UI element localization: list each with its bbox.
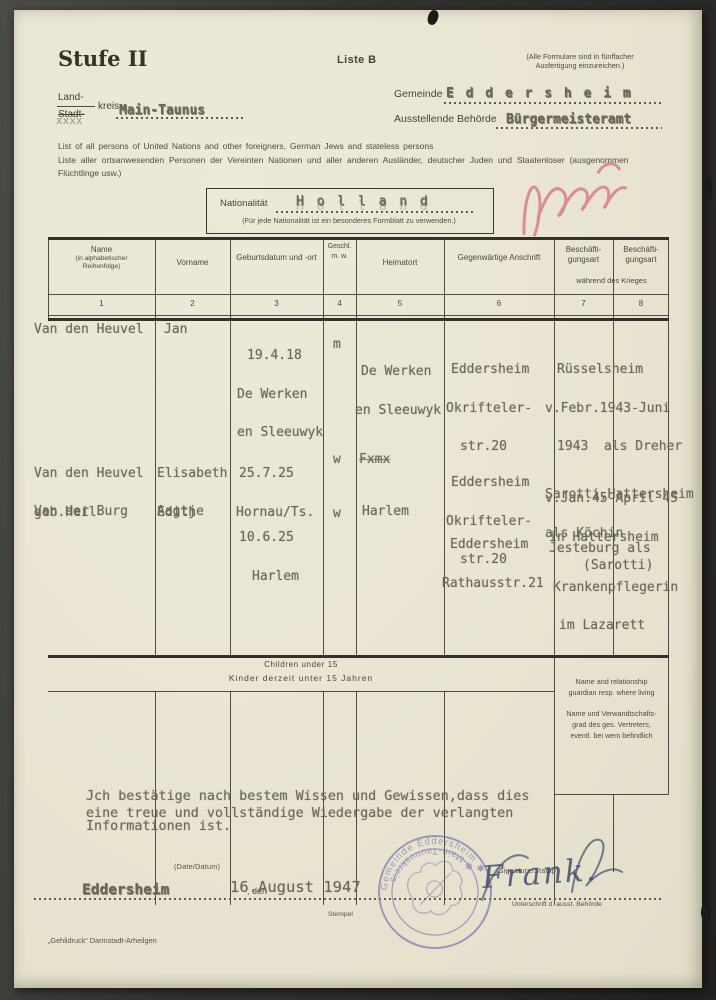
- guardian-heading-en: Name and relationship guardian resp. whe…: [554, 676, 669, 698]
- col4-line1: Geschl.: [328, 243, 352, 250]
- row3-heimatort: Harlem: [362, 506, 409, 519]
- row3-name: Van der Burg: [34, 506, 128, 519]
- row1-heimat-l1: De Werken: [361, 366, 441, 379]
- row3-arbeit-l1: Jesteburg als: [549, 543, 678, 556]
- nationality-value: H o l l a n d: [296, 194, 430, 209]
- kreis-label: kreis: [98, 101, 119, 112]
- col-number-1: 1: [48, 299, 155, 308]
- col3-line2: und -ort: [289, 253, 317, 262]
- copies-note-line2: Ausfertigung einzureichen.): [536, 61, 625, 70]
- kreis-value: Main-Taunus: [119, 103, 205, 118]
- col8-line1: Beschäfti-: [623, 245, 659, 254]
- stamp-coat-of-arms: [404, 858, 467, 919]
- children-title-en: Children under 15: [48, 660, 554, 669]
- row3-geschl-l1: w: [333, 508, 341, 521]
- row3-geburt-l1: 10.6.25: [239, 532, 299, 545]
- col4-line2: m.: [331, 253, 339, 260]
- row1-geburt-l2: De Werken: [237, 389, 323, 402]
- row1-arbeit-l1: Rüsselsheim: [557, 364, 682, 377]
- row1-geschlecht: m: [333, 339, 341, 352]
- guardian-de-l1: Name und Verwandtschafts-: [566, 709, 656, 718]
- children-title-de: Kinder derzeit unter 15 Jahren: [48, 673, 554, 683]
- row3-arbeit-l3: im Lazarett: [559, 620, 678, 633]
- col-header-geburtsdatum: Geburtsdatum und -ort: [230, 253, 323, 263]
- col-number-7: 7: [554, 299, 613, 308]
- col3-line1: Geburtsdatum: [236, 253, 287, 262]
- nationality-label: Nationalität: [220, 198, 268, 209]
- table-number-row-thick-line: [48, 318, 669, 321]
- gemeinde-dotted-line: [444, 102, 662, 104]
- row3-name-l1: Van der Burg: [34, 506, 128, 519]
- col-header-beschaeftigung-7: Beschäfti- gungsart: [554, 245, 613, 264]
- guardian-heading-de: Name und Verwandtschafts- grad des ges. …: [554, 708, 669, 741]
- col1-line1: Name: [91, 245, 112, 254]
- col-header-vorname: Vorname: [155, 258, 230, 268]
- document-page: Stufe II Liste B (Alle Formulare sind in…: [14, 10, 702, 988]
- nationality-note: (Für jede Nationalität ist ein besondere…: [210, 216, 488, 225]
- row1-vorname-l1: Jan: [164, 324, 187, 337]
- row3-arbeit-l2: Krankenpflegerin: [553, 582, 678, 595]
- guardian-de-l2: grad des ges. Vertreters,: [572, 720, 651, 729]
- col7-line2: gungsart: [568, 255, 599, 264]
- printer-imprint: „Gehlidruck“ Darmstadt-Arheilgen: [48, 936, 157, 945]
- col-number-6: 6: [444, 299, 554, 308]
- list-description-en: List of all persons of United Nations an…: [58, 141, 433, 151]
- place-value: Eddersheim: [82, 882, 169, 898]
- form-level-title: Stufe II: [58, 46, 148, 71]
- stempel-label: Stempel: [328, 911, 353, 918]
- row1-heimat-l2: en Sleeuwyk: [355, 405, 441, 418]
- row2-anschrift-l1: Eddersheim: [451, 477, 532, 490]
- fraction-line: [57, 106, 95, 107]
- row1-vorname: Jan: [164, 324, 187, 337]
- col-number-4: 4: [323, 299, 356, 308]
- row3-anschrift: Eddersheim Rathausstr.21: [442, 513, 544, 616]
- row2-arbeit-l1: Sarotti,Hattersheim: [545, 489, 694, 502]
- col-number-8: 8: [613, 299, 669, 308]
- table-header-underline: [48, 294, 669, 295]
- row3-beschaeftigung: Jesteburg als Krankenpflegerin im Lazare…: [547, 517, 678, 659]
- row1-geschl-l1: m: [333, 339, 341, 352]
- col-header-anschrift: Gegenwärtige Anschrift: [444, 253, 554, 263]
- row1-name-l1: Van den Heuvel: [34, 324, 144, 337]
- row3-vorname: Aagtje: [157, 506, 204, 519]
- guardian-de-l3: eventl. bei wem befindlich: [570, 731, 652, 740]
- col-header-war-span: während des Krieges: [554, 276, 669, 286]
- row1-name: Van den Heuvel: [34, 324, 144, 337]
- row2-heimatort: Fxmx: [359, 454, 390, 467]
- behoerde-dotted-line: [496, 127, 662, 129]
- behoerde-label: Ausstellende Behörde: [394, 113, 497, 125]
- row3-heimat-l1: Harlem: [362, 506, 409, 519]
- row2-vorname-l1: Elisabeth: [157, 468, 227, 481]
- list-description-de-2: Flüchtlinge usw.): [58, 168, 121, 178]
- col-number-2: 2: [155, 299, 230, 308]
- certification-line3: Informationen ist.: [86, 819, 231, 834]
- col-number-5: 5: [356, 299, 444, 308]
- scan-background: Stufe II Liste B (Alle Formulare sind in…: [0, 0, 716, 1000]
- col2-line1: Vorname: [176, 258, 208, 267]
- row3-geschlecht: w: [333, 508, 341, 521]
- col5-line1: Heimatort: [383, 258, 418, 267]
- behoerde-value: Bürgermeisteramt: [506, 112, 631, 127]
- gemeinde-value: E d d e r s h e i m: [446, 86, 633, 101]
- col1-line2: (in alphabetischer: [48, 255, 155, 263]
- col-number-3: 3: [230, 299, 323, 308]
- table-number-row-line: [48, 315, 669, 316]
- gemeinde-label: Gemeinde: [394, 88, 442, 100]
- row1-arbeit-l3: 1943 als Dreher: [557, 441, 682, 454]
- copies-note: (Alle Formulare sind in fünffacher Ausfe…: [482, 52, 678, 70]
- guardian-en-l1: Name and relationship: [576, 677, 648, 686]
- nationality-dotted-line: [276, 211, 476, 213]
- scan-artifact-right-upper: [703, 176, 712, 202]
- row3-geburt-l2: Harlem: [252, 571, 299, 584]
- row2-geschlecht: w: [333, 454, 341, 467]
- row2-name: Van den Heuvel geb.Heil: [34, 442, 144, 545]
- row2-vorname: Elisabeth Edith: [157, 442, 227, 545]
- col6-line2: Anschrift: [509, 253, 540, 262]
- row2-geschl-l1: w: [333, 454, 341, 467]
- col-header-heimatort: Heimatort: [356, 258, 444, 268]
- liste-b-title: Liste B: [337, 54, 376, 66]
- stadt-typed-overstrike: xxxx: [56, 114, 83, 127]
- row3-anschrift-l1: Eddersheim: [450, 539, 544, 552]
- row3-vorname-l1: Aagtje: [157, 506, 204, 519]
- row1-geburt-l3: en Sleeuwyk: [237, 427, 323, 440]
- children-title-underline: [48, 691, 554, 692]
- table-top-border: [48, 237, 669, 240]
- col-header-beschaeftigung-8: Beschäfti- gungsart: [613, 245, 669, 264]
- col4-line3: w.: [341, 253, 348, 260]
- row1-geburt-l1: 19.4.18: [247, 350, 323, 363]
- certification-line1: Jch bestätige nach bestem Wissen und Gew…: [86, 789, 529, 804]
- guardian-box-bottom-line: [554, 794, 669, 795]
- col1-line3: Reihenfolge): [48, 263, 155, 271]
- signature-flourish: [472, 828, 642, 910]
- row3-anschrift-l2: Rathausstr.21: [442, 578, 544, 591]
- col-header-geschlecht: Geschl. m. w.: [323, 242, 356, 261]
- scan-artifact-right-lower: [701, 904, 711, 921]
- row1-arbeit-l2: v.Febr.1943-Juni: [545, 403, 682, 416]
- children-section-top-line: [48, 655, 669, 658]
- row2-geburt-l1: 25.7.25: [239, 468, 314, 481]
- row2-heimat-l1: Fxmx: [359, 454, 390, 467]
- row2-name-l1: Van den Heuvel: [34, 468, 144, 481]
- guardian-en-l2: guardian resp. where living: [569, 688, 655, 697]
- row1-anschrift-l2: Okrifteler-: [446, 403, 532, 416]
- row1-anschrift-l1: Eddersheim: [451, 364, 532, 377]
- row3-geburt: 10.6.25 Harlem: [239, 506, 299, 609]
- land-label: Land-: [58, 92, 84, 103]
- col6-line1: Gegenwärtige: [458, 253, 508, 262]
- date-label: (Date/Datum): [174, 862, 220, 871]
- col8-line2: gungsart: [625, 255, 656, 264]
- row1-heimatort: De Werken en Sleeuwyk: [355, 340, 441, 443]
- col-header-name: Name (in alphabetischer Reihenfolge): [48, 245, 155, 271]
- copies-note-line1: (Alle Formulare sind in fünffacher: [526, 52, 633, 61]
- col7-line1: Beschäfti-: [566, 245, 602, 254]
- date-value: 16.August 1947: [230, 878, 361, 896]
